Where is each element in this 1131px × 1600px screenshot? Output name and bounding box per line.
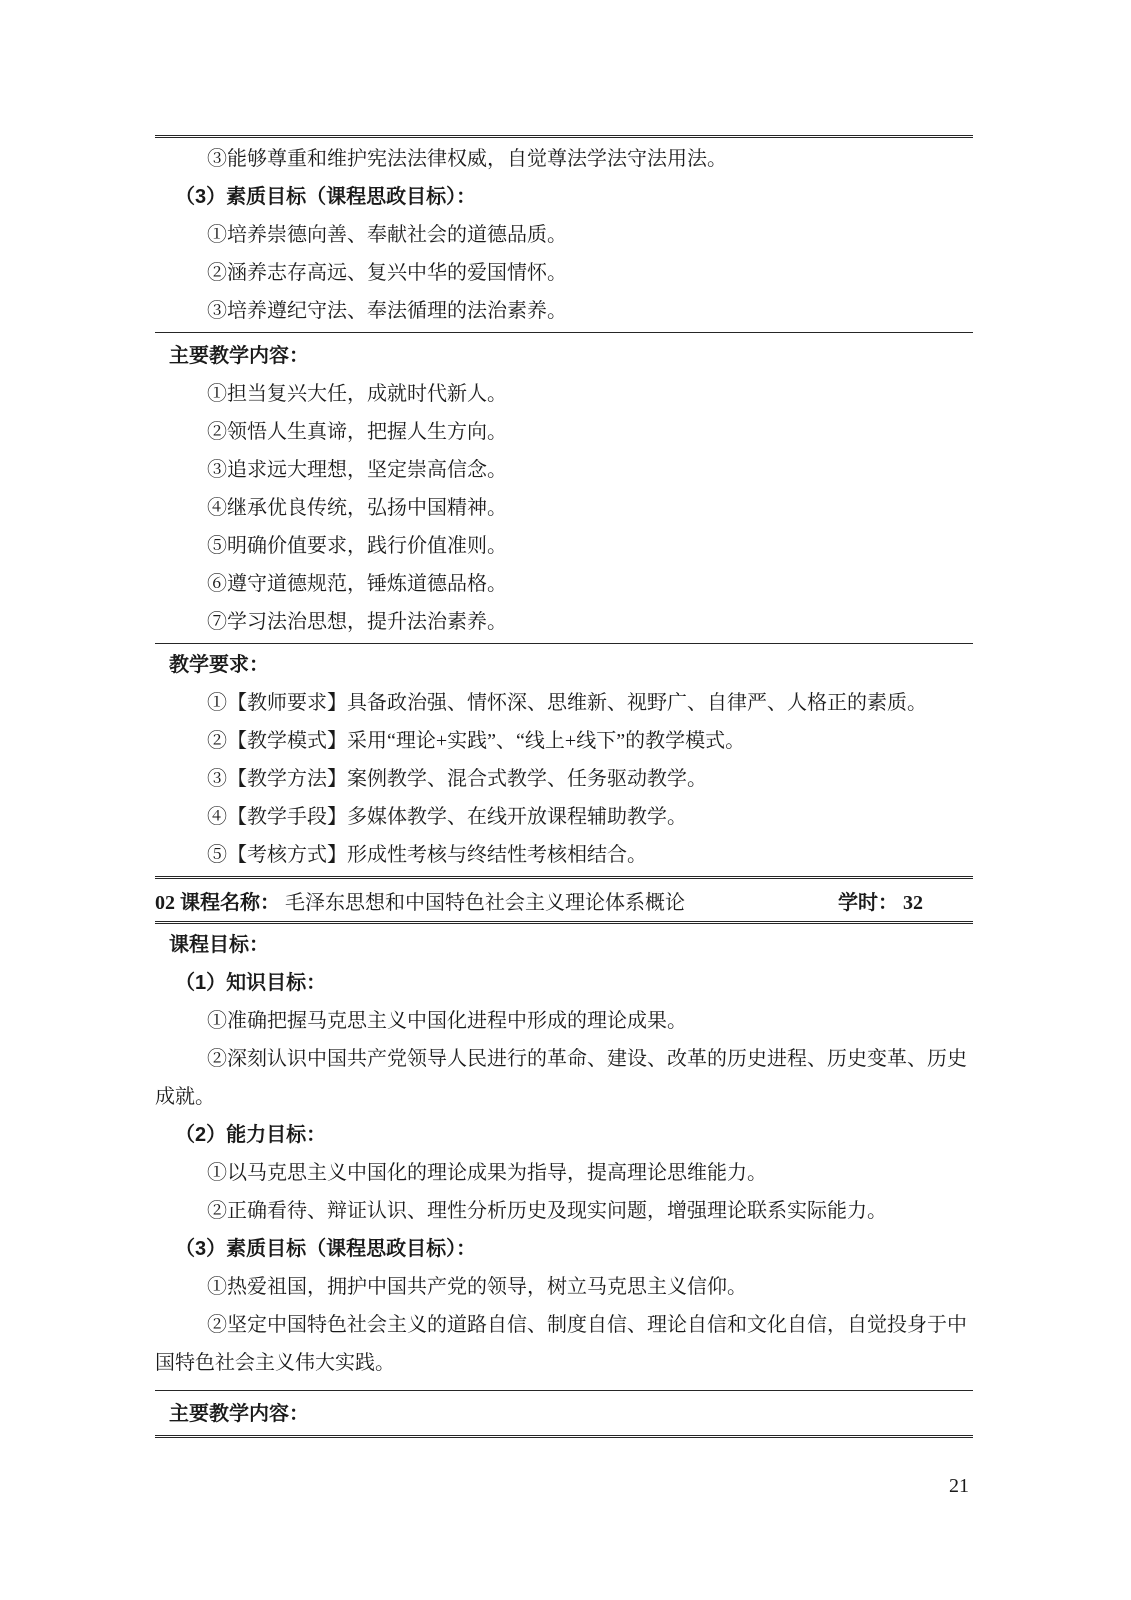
teaching-content-heading: 主要教学内容：: [155, 1395, 973, 1433]
document-page: ③能够尊重和维护宪法法律权威，自觉尊法学法守法用法。 （3）素质目标（课程思政目…: [0, 0, 1131, 1600]
hours-value: 32: [903, 892, 923, 914]
teaching-content-item: ①担当复兴大任，成就时代新人。: [155, 375, 973, 413]
teaching-requirement-item: ②【教学模式】采用“理论+实践”、“线上+线下”的教学模式。: [155, 722, 973, 760]
quality-goal-item: ②坚定中国特色社会主义的道路自信、制度自信、理论自信和文化自信，自觉投身于中国特…: [155, 1306, 973, 1382]
section-teaching-content: 主要教学内容： ①担当复兴大任，成就时代新人。 ②领悟人生真谛，把握人生方向。 …: [155, 333, 973, 643]
quality-goal-item: ①热爱祖国，拥护中国共产党的领导，树立马克思主义信仰。: [155, 1268, 973, 1306]
teaching-content-item: ③追求远大理想，坚定崇高信念。: [155, 451, 973, 489]
knowledge-goal-heading: （1）知识目标：: [155, 964, 973, 1002]
course-name: 毛泽东思想和中国特色社会主义理论体系概论: [285, 892, 685, 914]
ability-goal-item: ①以马克思主义中国化的理论成果为指导，提高理论思维能力。: [155, 1154, 973, 1192]
teaching-content-item: ②领悟人生真谛，把握人生方向。: [155, 413, 973, 451]
course-name-group: 02 课程名称： 毛泽东思想和中国特色社会主义理论体系概论: [155, 886, 685, 915]
course-number: 02: [155, 892, 175, 914]
section-teaching-requirements: 教学要求： ①【教师要求】具备政治强、情怀深、思维新、视野广、自律严、人格正的素…: [155, 644, 973, 876]
teaching-content-item: ⑦学习法治思想，提升法治素养。: [155, 603, 973, 641]
quality-goal-heading: （3）素质目标（课程思政目标）：: [155, 178, 973, 216]
teaching-content-item: ④继承优良传统，弘扬中国精神。: [155, 489, 973, 527]
quality-goal-item: ①培养崇德向善、奉献社会的道德品质。: [155, 216, 973, 254]
course-hours-group: 学时： 32: [838, 886, 923, 915]
course-title-row: 02 课程名称： 毛泽东思想和中国特色社会主义理论体系概论 学时： 32: [155, 879, 973, 921]
teaching-content-item: ⑤明确价值要求，践行价值准则。: [155, 527, 973, 565]
teaching-requirement-item: ④【教学手段】多媒体教学、在线开放课程辅助教学。: [155, 798, 973, 836]
table-border-bottom: [155, 1435, 973, 1438]
section-prev-quality-goals: ③能够尊重和维护宪法法律权威，自觉尊法学法守法用法。 （3）素质目标（课程思政目…: [155, 138, 973, 332]
teaching-content-heading: 主要教学内容：: [155, 337, 973, 375]
section-course-goals: 课程目标： （1）知识目标： ①准确把握马克思主义中国化进程中形成的理论成果。 …: [155, 924, 973, 1384]
teaching-requirements-heading: 教学要求：: [155, 646, 973, 684]
knowledge-goal-item: ①准确把握马克思主义中国化进程中形成的理论成果。: [155, 1002, 973, 1040]
section-teaching-content-2: 主要教学内容：: [155, 1391, 973, 1435]
quality-goal-item: ②涵养志存高远、复兴中华的爱国情怀。: [155, 254, 973, 292]
course-name-label: 课程名称：: [180, 892, 280, 914]
teaching-requirement-item: ①【教师要求】具备政治强、情怀深、思维新、视野广、自律严、人格正的素质。: [155, 684, 973, 722]
knowledge-goal-item: ②深刻认识中国共产党领导人民进行的革命、建设、改革的历史进程、历史变革、历史成就…: [155, 1040, 973, 1116]
ability-goal-heading: （2）能力目标：: [155, 1116, 973, 1154]
teaching-requirement-item: ⑤【考核方式】形成性考核与终结性考核相结合。: [155, 836, 973, 874]
page-content: ③能够尊重和维护宪法法律权威，自觉尊法学法守法用法。 （3）素质目标（课程思政目…: [155, 0, 973, 1498]
top-margin: [155, 0, 973, 135]
teaching-requirement-item: ③【教学方法】案例教学、混合式教学、任务驱动教学。: [155, 760, 973, 798]
carryover-item: ③能够尊重和维护宪法法律权威，自觉尊法学法守法用法。: [155, 140, 973, 178]
course-goals-heading: 课程目标：: [155, 926, 973, 964]
quality-goal-heading: （3）素质目标（课程思政目标）：: [155, 1230, 973, 1268]
hours-label: 学时：: [838, 892, 898, 914]
quality-goal-item: ③培养遵纪守法、奉法循理的法治素养。: [155, 292, 973, 330]
teaching-content-item: ⑥遵守道德规范，锤炼道德品格。: [155, 565, 973, 603]
page-number: 21: [155, 1474, 973, 1498]
ability-goal-item: ②正确看待、辩证认识、理性分析历史及现实问题，增强理论联系实际能力。: [155, 1192, 973, 1230]
